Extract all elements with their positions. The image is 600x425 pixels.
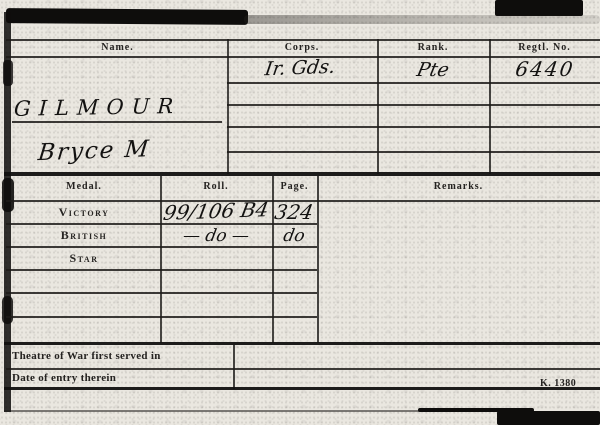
form-number: K. 1380	[540, 378, 595, 389]
forename-value: Bryce M	[36, 131, 219, 169]
row-line-blank-2	[6, 316, 317, 318]
medal-row-star-label: Star	[8, 251, 160, 266]
surname-value: GILMOUR	[13, 91, 224, 123]
star-roll-value	[160, 250, 272, 270]
british-page-value: do	[268, 226, 320, 247]
card-top-edge	[6, 8, 248, 25]
ruled-line-4	[227, 151, 600, 153]
star-page-value	[270, 250, 318, 270]
medal-table-header-remarks: Remarks.	[317, 181, 600, 192]
date-row-underline	[4, 387, 600, 390]
scan-artifact-top-right	[495, 0, 583, 16]
divider-rank-regtl	[489, 39, 491, 174]
column-header-rank: Rank.	[377, 42, 489, 53]
rule-header-top	[6, 39, 600, 41]
medal-table-header-roll: Roll.	[160, 181, 272, 192]
divider-footer-label-value	[233, 342, 235, 389]
remarks-value	[320, 210, 595, 230]
theatre-row-underline	[6, 368, 600, 370]
date-of-entry-label: Date of entry therein	[12, 372, 232, 384]
victory-page-value: 324	[268, 200, 320, 224]
divider-name-corps	[227, 39, 229, 174]
theatre-of-war-label: Theatre of War first served in	[12, 350, 232, 362]
column-header-regtl-no: Regtl. No.	[489, 42, 600, 53]
medal-row-british-label: British	[8, 228, 160, 243]
date-of-entry-value	[240, 372, 590, 388]
medal-table-header-page: Page.	[272, 181, 317, 192]
regimental-number-value: 6440	[493, 56, 597, 82]
row-line-blank-1	[6, 292, 317, 294]
medal-row-victory-label: Victory	[8, 205, 160, 220]
scan-artifact-bottom-right	[497, 411, 600, 425]
rank-value: Pte	[382, 57, 484, 83]
card-top-edge-smudge	[244, 15, 600, 24]
column-header-corps: Corps.	[227, 42, 377, 53]
section-divider	[4, 172, 600, 176]
divider-corps-rank	[377, 39, 379, 174]
medal-table-bottom-rule	[4, 342, 600, 345]
card-left-edge-blot-3	[3, 60, 13, 86]
ruled-line-3	[227, 126, 600, 128]
medal-index-card-scan: Name. Corps. Rank. Regtl. No. Ir. Gds. P…	[0, 0, 600, 425]
corps-value: Ir. Gds.	[233, 53, 368, 85]
theatre-of-war-value	[240, 350, 590, 366]
medal-table-header-medal: Medal.	[8, 181, 160, 192]
victory-roll-value: 99/106 B4	[155, 197, 276, 226]
british-roll-value: — do —	[158, 226, 274, 247]
ruled-line-2	[227, 104, 600, 106]
card-left-edge-blot-2	[2, 296, 13, 324]
column-header-name: Name.	[8, 42, 227, 53]
